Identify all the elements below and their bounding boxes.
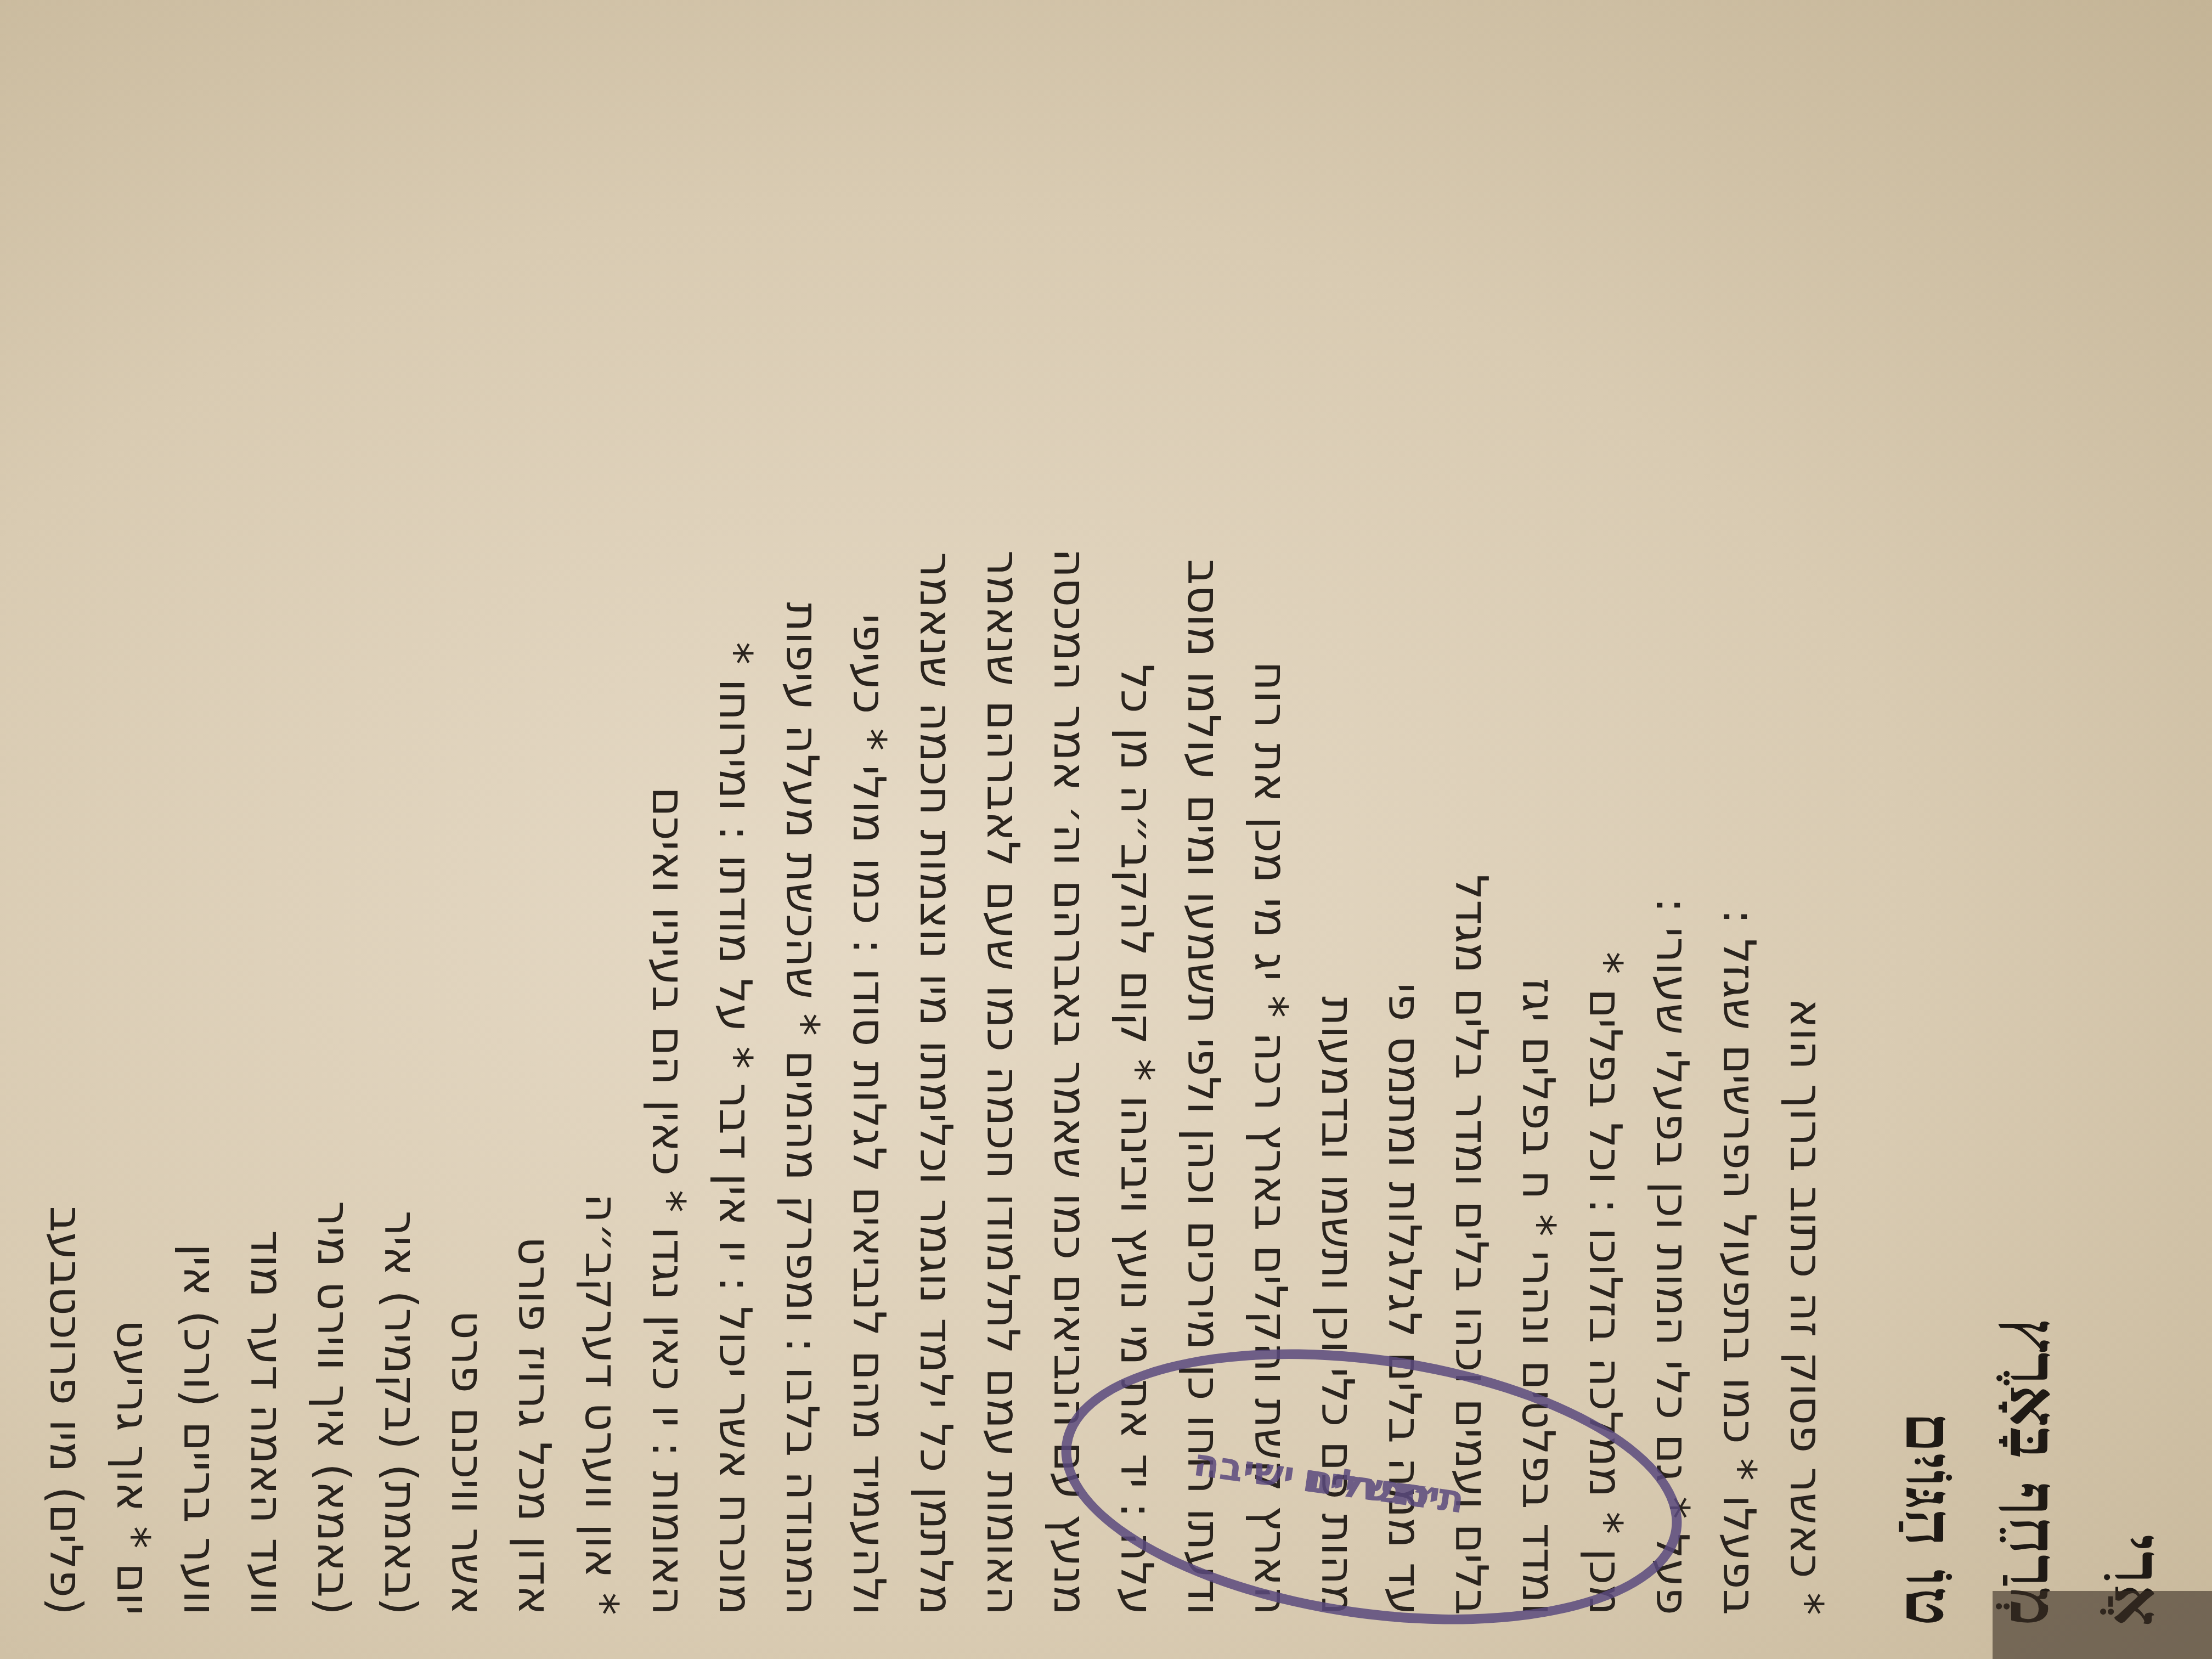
stamp-line: ת״ו [1394, 1460, 1469, 1530]
commentary-line: בפעלו * כמו בתפעול הפרשים שגזל : [1705, 44, 1772, 1615]
commentary-line: * כאשר פסוק זה כתוב ברוך הוא [1772, 44, 1839, 1615]
verse-column: אֲרִי מְרַחֵף בָּאָרֶץ טוֹ הַגּוֹיִם [1872, 0, 2212, 1659]
commentary-line: ולהעמיד מהם לנביאים לגלות סודו : כמו מול… [835, 44, 902, 1615]
commentary-block: * כאשר פסוק זה כתוב ברוך הוא בפעלו * כמו… [39, 0, 1850, 1659]
commentary-line: ווער בריים (ורכ) אין [166, 44, 233, 1615]
commentary-line: וועד האמה דער מוד [233, 44, 300, 1615]
commentary-line: (פלים) מיו פרוכטבעב [32, 44, 99, 1615]
commentary-line: מכן * ממלכה בזלוכו : וכל בפלים * [1571, 44, 1638, 1615]
commentary-line: האומות עמם לתלמודו חכמה כמו שעם לאברהם ש… [969, 44, 1036, 1615]
commentary-line: המנודה בלבו : ומפרק מהמים * שהכשת מעלה ע… [768, 44, 835, 1615]
commentary-line: יום * אוך גריעט [99, 44, 166, 1615]
commentary-line: (באמא) איך ווירט מיר [300, 44, 366, 1615]
commentary-line: (באמת) (בקמיר) איר [366, 44, 433, 1615]
verse-word: מְרַחֵף בָּאָרֶץ [1982, 33, 2086, 1626]
commentary-line: האומות : יו כאין נגדו * כאין הם בעיניו ו… [634, 44, 701, 1615]
page-edge-shadow [1993, 1591, 2212, 1659]
verse-word: טוֹ הַגּוֹיִם [1877, 33, 1982, 1626]
verse-word: אֲרִי [2086, 33, 2190, 1626]
commentary-line: * און ווערט דערקב״ה [567, 44, 634, 1615]
commentary-line: מוכרח אשר יכול : יו אין דבר * על מודתו :… [701, 44, 768, 1615]
commentary-line: מלתמן כל ילמד נוגמר וכלימתו מיו נוצמות ח… [902, 44, 969, 1615]
commentary-line: אשר וויכנם פרט [433, 44, 500, 1615]
commentary-line: פעל * גם כלי המות וכן בפעלי שעורי : [1638, 44, 1705, 1615]
commentary-line: אדון מכל גרויז פורט [500, 44, 567, 1615]
commentary-line: מנעץ עם הנביאים כמו שאמר באברהם וה׳ אמר … [1036, 44, 1103, 1615]
commentary-line: ומדד בפלטים ונהרי * ח בפלים יגז [1504, 44, 1571, 1615]
